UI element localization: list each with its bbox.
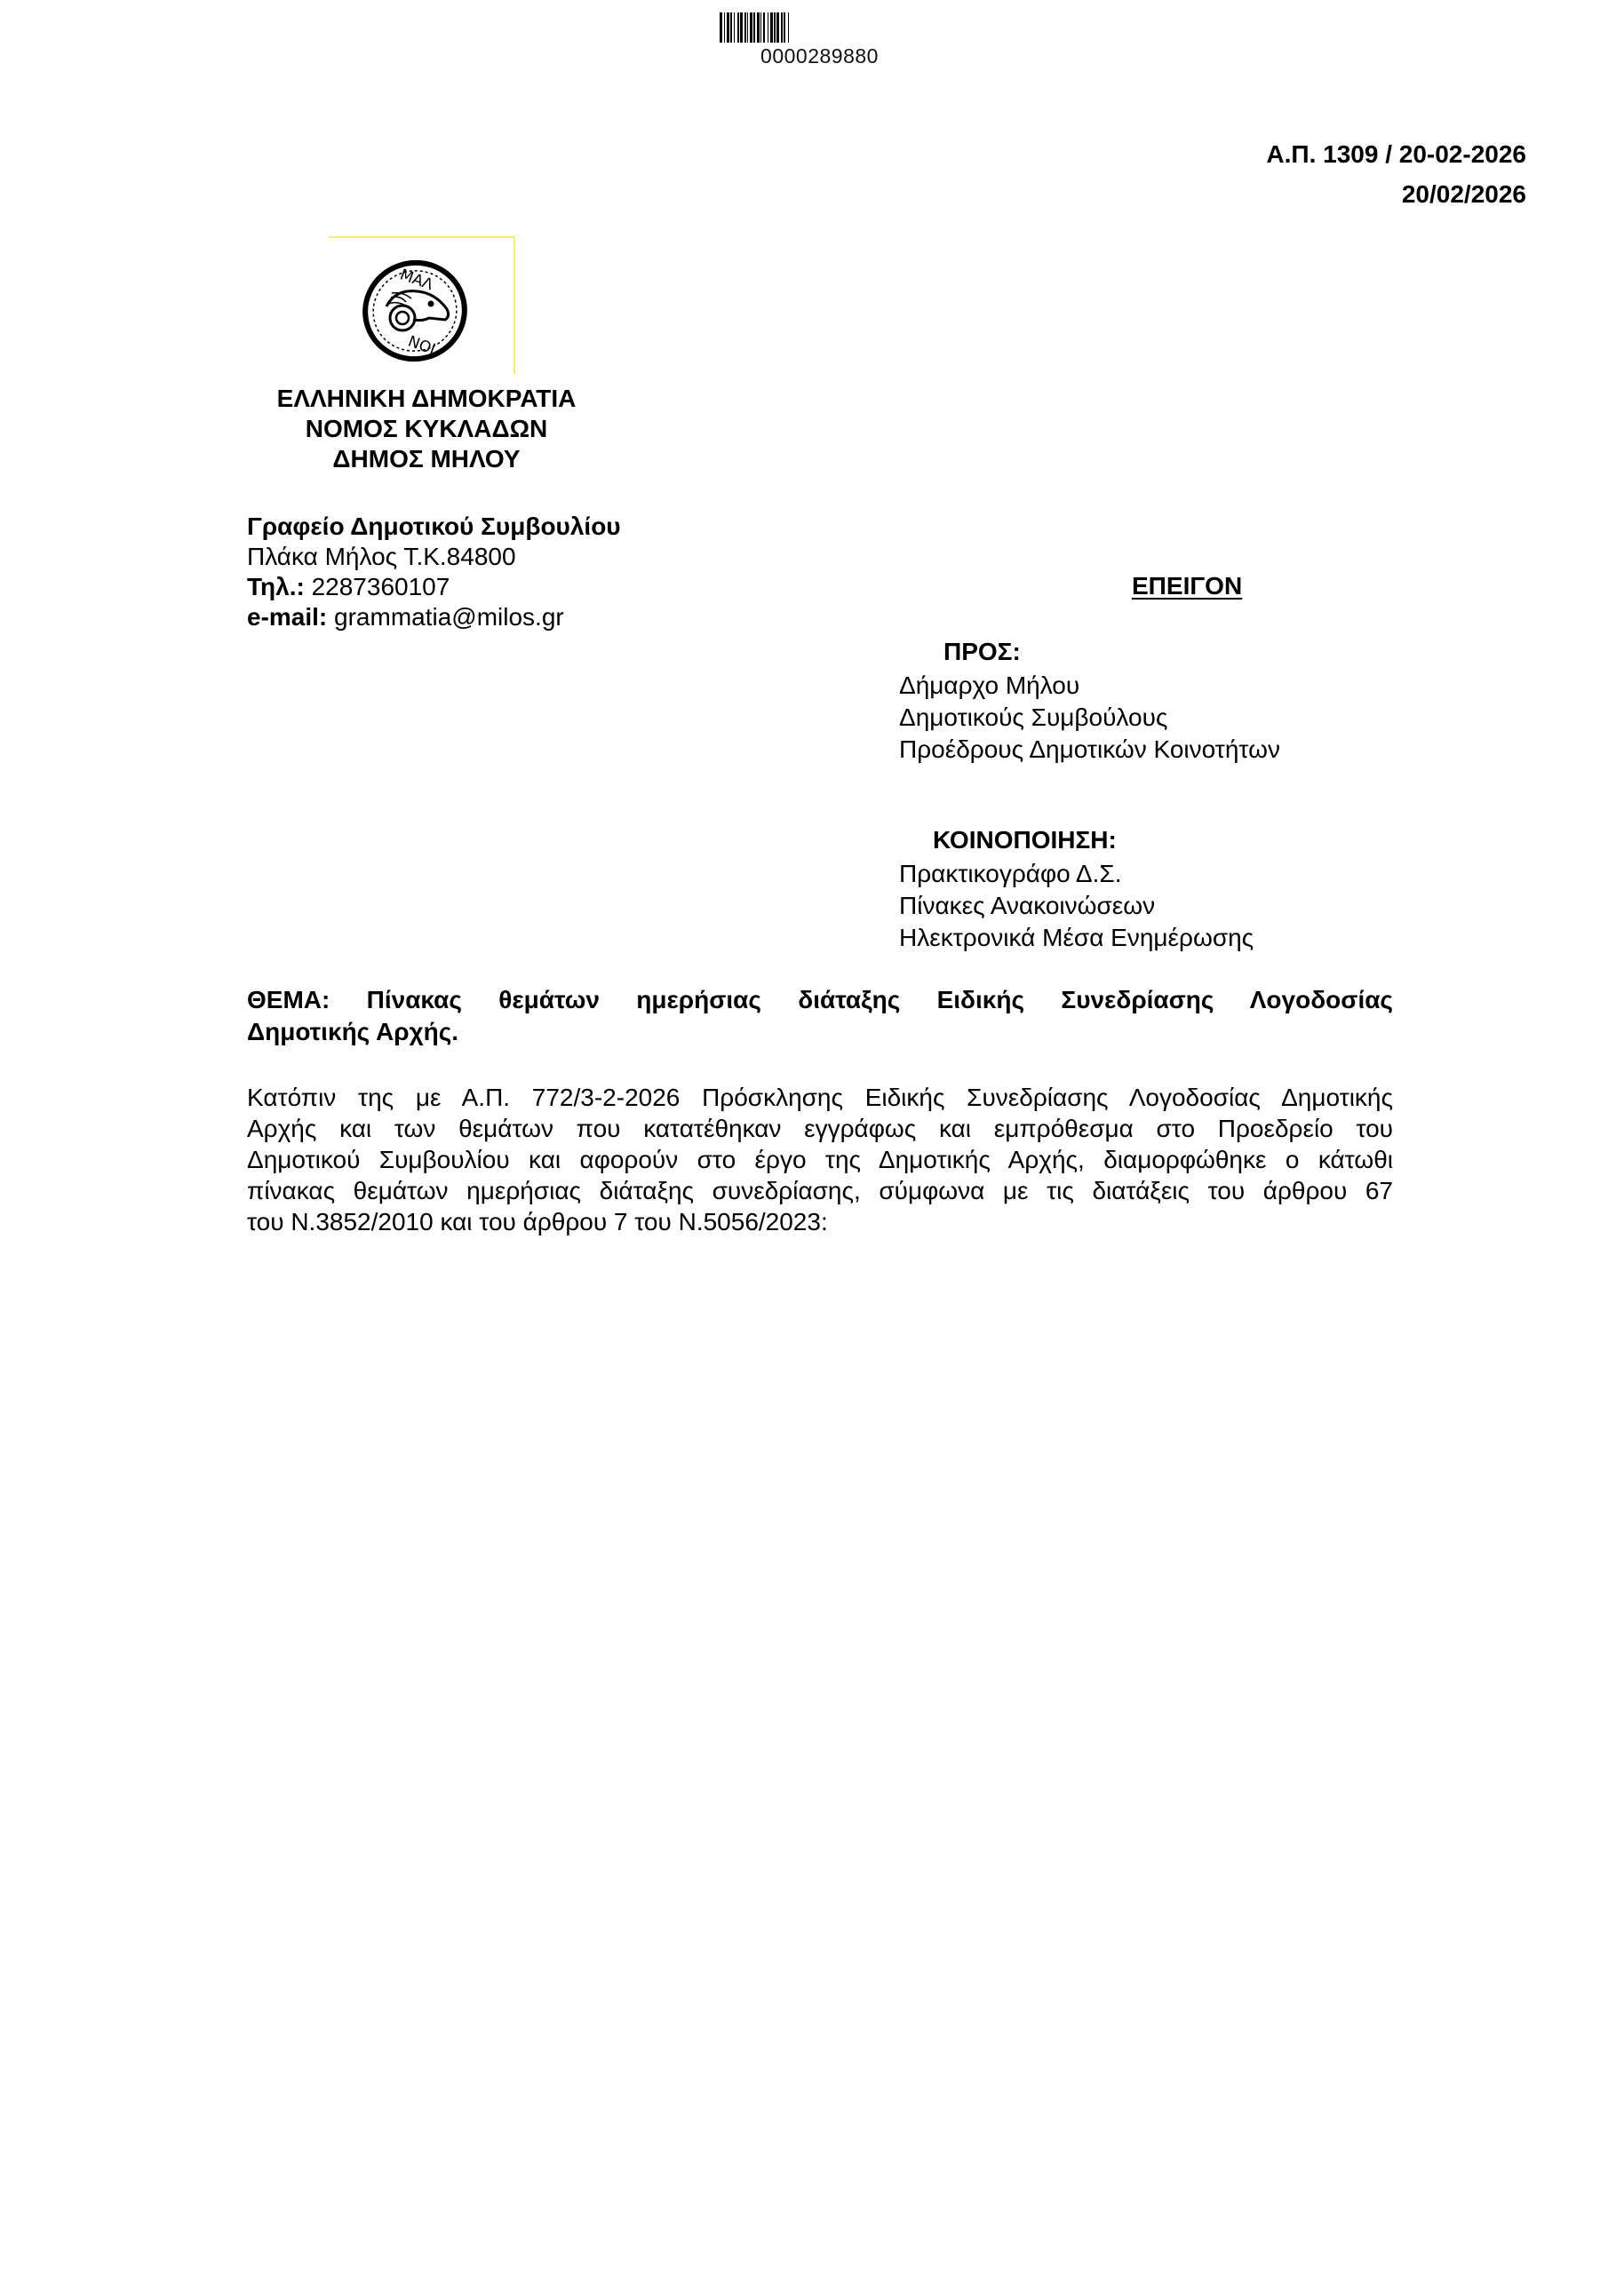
cc-item: Πίνακες Ανακοινώσεων xyxy=(899,890,1254,922)
office-email-row: e-mail: grammatia@milos.gr xyxy=(247,602,621,632)
issuer-prefecture: ΝΟΜΟΣ ΚΥΚΛΑΔΩΝ xyxy=(204,414,649,444)
body-line: του Ν.3852/2010 και του άρθρου 7 του Ν.5… xyxy=(247,1206,1393,1237)
cc-list: Πρακτικογράφο Δ.Σ. Πίνακες Ανακοινώσεων … xyxy=(899,858,1254,954)
email-address[interactable]: grammatia@milos.gr xyxy=(327,603,563,631)
recipient-item: Δήμαρχο Μήλου xyxy=(899,670,1280,702)
office-address: Πλάκα Μήλος Τ.Κ.84800 xyxy=(247,542,621,572)
ancient-coin-ram-icon: ΜΑΛ ΙΟΝ xyxy=(360,258,471,364)
recipients-label: ΠΡΟΣ: xyxy=(943,638,1021,666)
cc-item: Ηλεκτρονικά Μέσα Ενημέρωσης xyxy=(899,922,1254,954)
office-phone-row: Τηλ.: 2287360107 xyxy=(247,572,621,602)
issuer-country: ΕΛΛΗΝΙΚΗ ΔΗΜΟΚΡΑΤΙΑ xyxy=(204,384,649,414)
recipient-item: Προέδρους Δημοτικών Κοινοτήτων xyxy=(899,734,1280,766)
body-paragraph: Κατόπιν της με Α.Π. 772/3-2-2026 Πρόσκλη… xyxy=(247,1082,1393,1237)
barcode-number: 0000289880 xyxy=(720,44,919,68)
recipient-item: Δημοτικούς Συμβούλους xyxy=(899,702,1280,734)
protocol-number: Α.Π. 1309 / 20-02-2026 xyxy=(1266,140,1526,169)
body-line: Αρχής και των θεμάτων που κατατέθηκαν εγ… xyxy=(247,1113,1393,1144)
cc-item: Πρακτικογράφο Δ.Σ. xyxy=(899,858,1254,890)
phone-number: 2287360107 xyxy=(305,573,450,600)
office-name: Γραφείο Δημοτικού Συμβουλίου xyxy=(247,512,621,542)
body-line: Δημοτικού Συμβουλίου και αφορούν στο έργ… xyxy=(247,1144,1393,1175)
body-line: πίνακας θεμάτων ημερήσιας διάταξης συνεδ… xyxy=(247,1175,1393,1206)
subject-line: ΘΕΜΑ: Πίνακας θεμάτων ημερήσιας διάταξης… xyxy=(247,984,1393,1016)
issuer-municipality: ΔΗΜΟΣ ΜΗΛΟΥ xyxy=(204,444,649,474)
recipients-list: Δήμαρχο Μήλου Δημοτικούς Συμβούλους Προέ… xyxy=(899,670,1280,766)
cc-label: ΚΟΙΝΟΠΟΙΗΣΗ: xyxy=(933,826,1117,854)
body-line: Κατόπιν της με Α.Π. 772/3-2-2026 Πρόσκλη… xyxy=(247,1082,1393,1113)
document-date: 20/02/2026 xyxy=(1402,180,1526,209)
office-contact: Γραφείο Δημοτικού Συμβουλίου Πλάκα Μήλος… xyxy=(247,512,621,632)
phone-label: Τηλ.: xyxy=(247,573,305,600)
subject: ΘΕΜΑ: Πίνακας θεμάτων ημερήσιας διάταξης… xyxy=(247,984,1393,1048)
subject-line: Δημοτικής Αρχής. xyxy=(247,1016,1393,1048)
issuer-header: ΕΛΛΗΝΙΚΗ ΔΗΜΟΚΡΑΤΙΑ ΝΟΜΟΣ ΚΥΚΛΑΔΩΝ ΔΗΜΟΣ… xyxy=(204,384,649,474)
email-label: e-mail: xyxy=(247,603,327,631)
urgency-label: ΕΠΕΙΓΟΝ xyxy=(1132,572,1242,600)
barcode xyxy=(720,12,919,43)
